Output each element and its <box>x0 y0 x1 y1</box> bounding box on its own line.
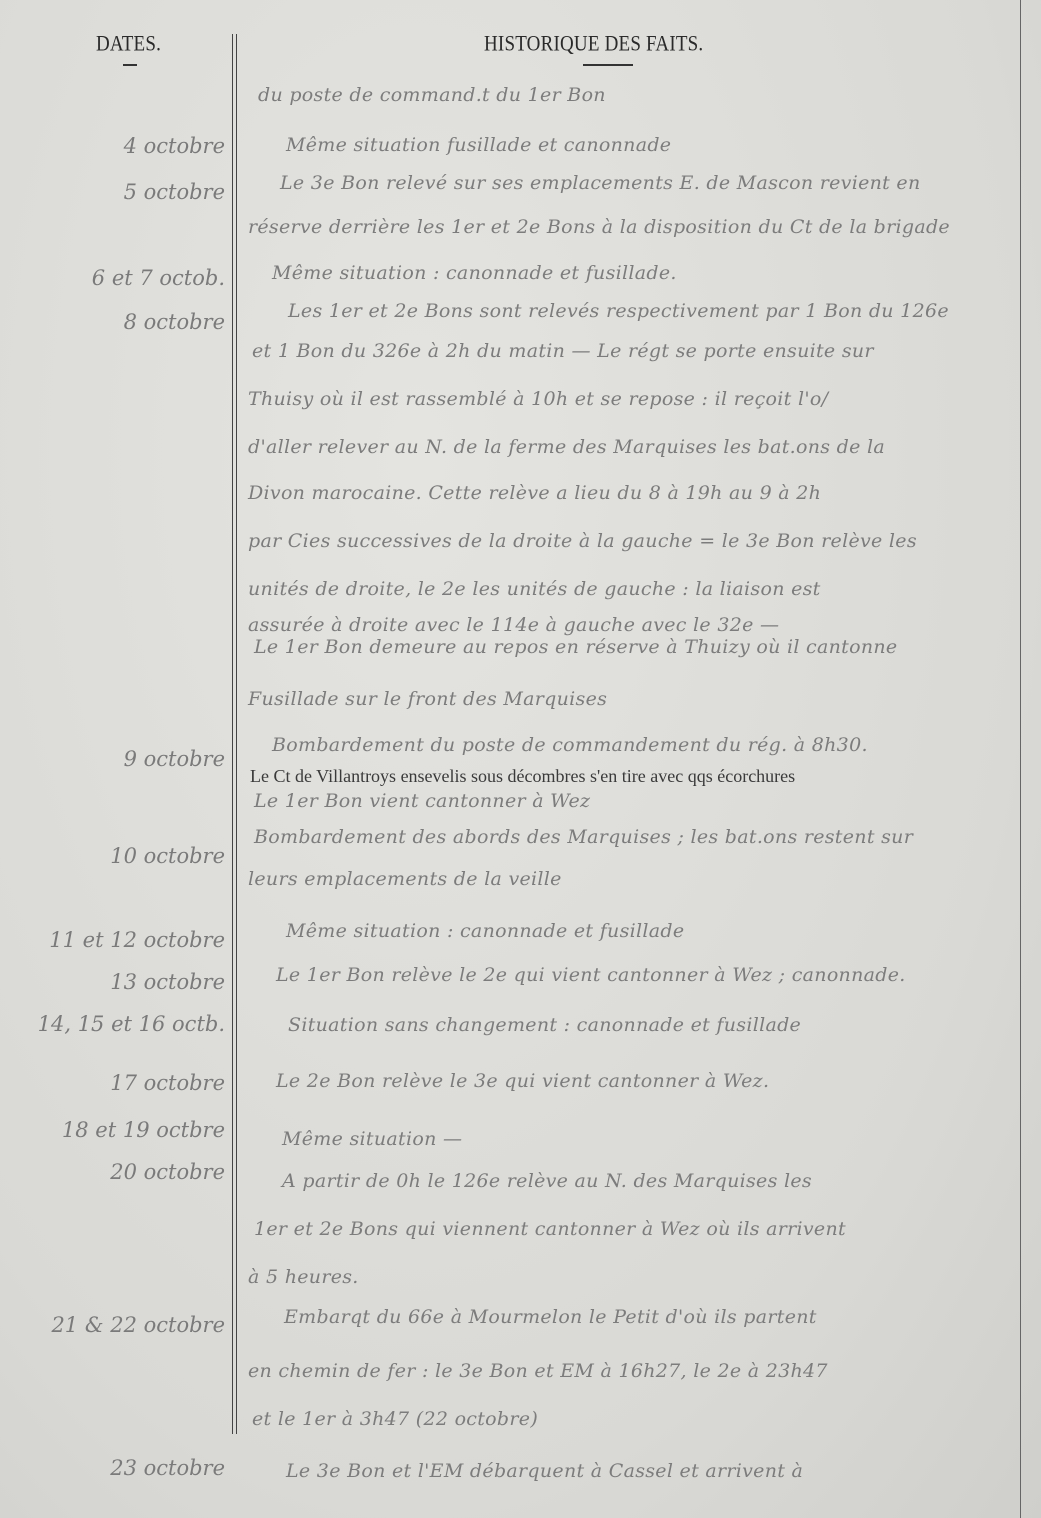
history-line: par Cies successives de la droite à la g… <box>248 530 917 552</box>
page-right-border <box>1020 0 1021 1518</box>
dates-column-title: DATES. <box>96 32 161 57</box>
history-line: à 5 heures. <box>248 1266 359 1288</box>
history-line: Bombardement du poste de commandement du… <box>272 734 868 756</box>
date-entry: 8 octobre <box>124 310 225 334</box>
date-entry: 23 octobre <box>110 1456 225 1480</box>
date-entry: 9 octobre <box>124 747 225 771</box>
date-entry: 11 et 12 octobre <box>49 928 225 952</box>
history-line: Divon marocaine. Cette relève a lieu du … <box>248 482 821 504</box>
history-line: Bombardement des abords des Marquises ; … <box>254 826 913 848</box>
history-column-title: HISTORIQUE DES FAITS. <box>484 32 703 57</box>
history-line: Le 2e Bon relève le 3e qui vient cantonn… <box>276 1070 769 1092</box>
history-line: leurs emplacements de la veille <box>248 868 562 890</box>
history-line: Même situation fusillade et canonnade <box>286 134 671 156</box>
register-page: DATES. HISTORIQUE DES FAITS. 4 octobre5 … <box>0 0 1041 1518</box>
history-line: Fusillade sur le front des Marquises <box>248 688 607 710</box>
date-entry: 14, 15 et 16 octb. <box>38 1012 225 1036</box>
history-line: A partir de 0h le 126e relève au N. des … <box>282 1170 812 1192</box>
annotation-line: Le Ct de Villantroys ensevelis sous déco… <box>250 766 795 787</box>
history-line: Même situation : canonnade et fusillade <box>286 920 684 942</box>
history-line: Les 1er et 2e Bons sont relevés respecti… <box>288 300 949 322</box>
history-line: Même situation : canonnade et fusillade. <box>272 262 677 284</box>
date-entry: 6 et 7 octob. <box>92 266 225 290</box>
history-line: Embarqt du 66e à Mourmelon le Petit d'où… <box>284 1306 817 1328</box>
history-line: en chemin de fer : le 3e Bon et EM à 16h… <box>248 1360 828 1382</box>
history-line: réserve derrière les 1er et 2e Bons à la… <box>248 216 950 238</box>
history-title-dash <box>583 64 633 66</box>
date-entry: 4 octobre <box>124 134 225 158</box>
history-line: du poste de command.t du 1er Bon <box>258 84 606 106</box>
history-line: assurée à droite avec le 114e à gauche a… <box>248 614 779 636</box>
history-line: d'aller relever au N. de la ferme des Ma… <box>248 436 885 458</box>
date-entry: 17 octobre <box>110 1071 225 1095</box>
column-divider-right <box>236 34 237 1434</box>
date-entry: 20 octobre <box>110 1160 225 1184</box>
column-divider-left <box>232 34 233 1434</box>
date-entry: 13 octobre <box>110 970 225 994</box>
date-entry: 5 octobre <box>124 180 225 204</box>
history-line: Le 1er Bon demeure au repos en réserve à… <box>254 636 897 658</box>
history-line: Le 3e Bon relevé sur ses emplacements E.… <box>280 172 921 194</box>
dates-title-dash <box>123 64 137 66</box>
date-entry: 21 & 22 octobre <box>51 1313 225 1337</box>
history-line: Le 1er Bon relève le 2e qui vient canton… <box>276 964 906 986</box>
history-line: Situation sans changement : canonnade et… <box>288 1014 801 1036</box>
history-line: 1er et 2e Bons qui viennent cantonner à … <box>254 1218 846 1240</box>
history-line: et 1 Bon du 326e à 2h du matin — Le régt… <box>252 340 874 362</box>
date-entry: 18 et 19 octbre <box>62 1118 225 1142</box>
history-line: Même situation — <box>282 1128 462 1150</box>
history-line: Thuisy où il est rassemblé à 10h et se r… <box>248 388 828 410</box>
date-entry: 10 octobre <box>110 844 225 868</box>
history-line: et le 1er à 3h47 (22 octobre) <box>252 1408 538 1430</box>
history-line: Le 3e Bon et l'EM débarquent à Cassel et… <box>286 1460 803 1482</box>
history-line: Le 1er Bon vient cantonner à Wez <box>254 790 590 812</box>
history-line: unités de droite, le 2e les unités de ga… <box>248 578 821 600</box>
